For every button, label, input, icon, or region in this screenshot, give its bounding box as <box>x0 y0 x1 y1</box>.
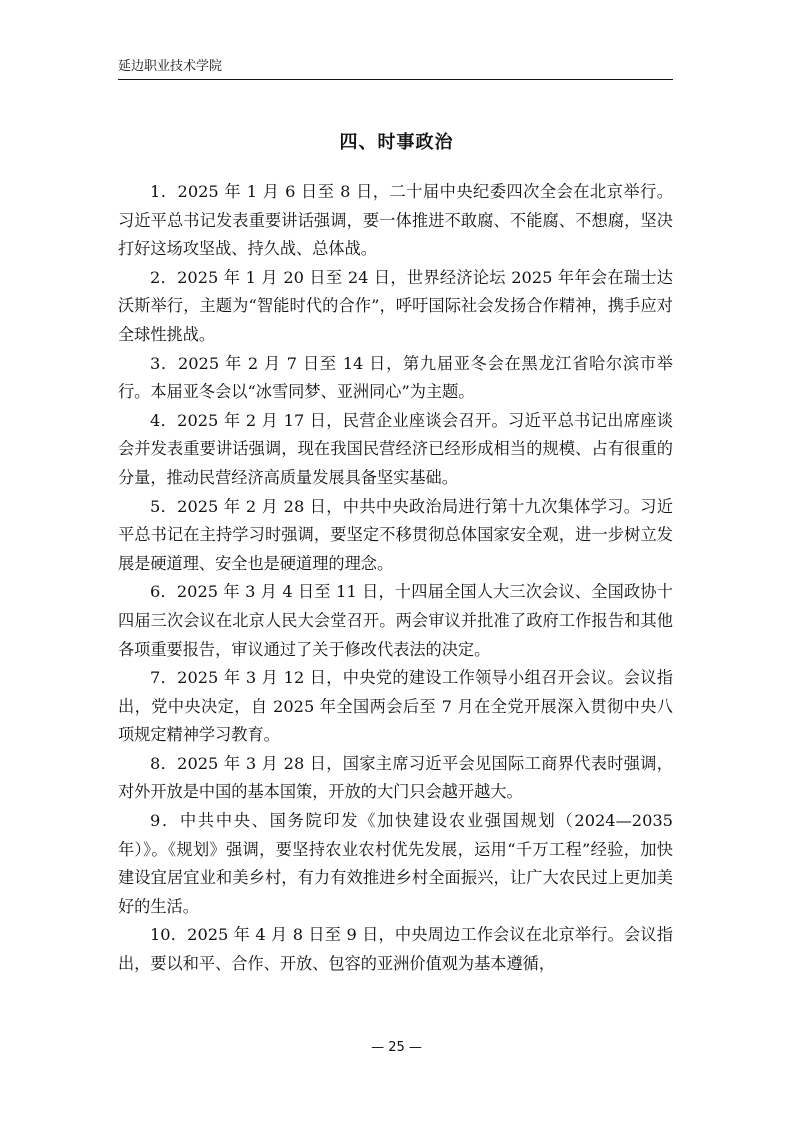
page-number: — 25 — <box>0 1040 793 1055</box>
news-item: 10．2025 年 4 月 8 日至 9 日，中央周边工作会议在北京举行。会议指… <box>118 921 673 978</box>
news-item: 6．2025 年 3 月 4 日至 11 日，十四届全国人大三次会议、全国政协十… <box>118 578 673 664</box>
news-item: 8．2025 年 3 月 28 日，国家主席习近平会见国际工商界代表时强调，对外… <box>118 750 673 807</box>
news-item: 2．2025 年 1 月 20 日至 24 日，世界经济论坛 2025 年年会在… <box>118 264 673 350</box>
document-body: 1．2025 年 1 月 6 日至 8 日，二十届中央纪委四次全会在北京举行。习… <box>118 178 673 979</box>
news-item: 1．2025 年 1 月 6 日至 8 日，二十届中央纪委四次全会在北京举行。习… <box>118 178 673 264</box>
section-title: 四、时事政治 <box>0 128 793 154</box>
news-item: 7．2025 年 3 月 12 日，中央党的建设工作领导小组召开会议。会议指出，… <box>118 664 673 750</box>
news-item: 3．2025 年 2 月 7 日至 14 日，第九届亚冬会在黑龙江省哈尔滨市举行… <box>118 350 673 407</box>
news-item: 5．2025 年 2 月 28 日，中共中央政治局进行第十九次集体学习。习近平总… <box>118 493 673 579</box>
news-item: 9．中共中央、国务院印发《加快建设农业强国规划（2024—2035年）》。《规划… <box>118 807 673 921</box>
page-header: 延边职业技术学院 <box>118 55 673 80</box>
news-item: 4．2025 年 2 月 17 日，民营企业座谈会召开。习近平总书记出席座谈会并… <box>118 407 673 493</box>
institution-name: 延边职业技术学院 <box>118 59 222 74</box>
